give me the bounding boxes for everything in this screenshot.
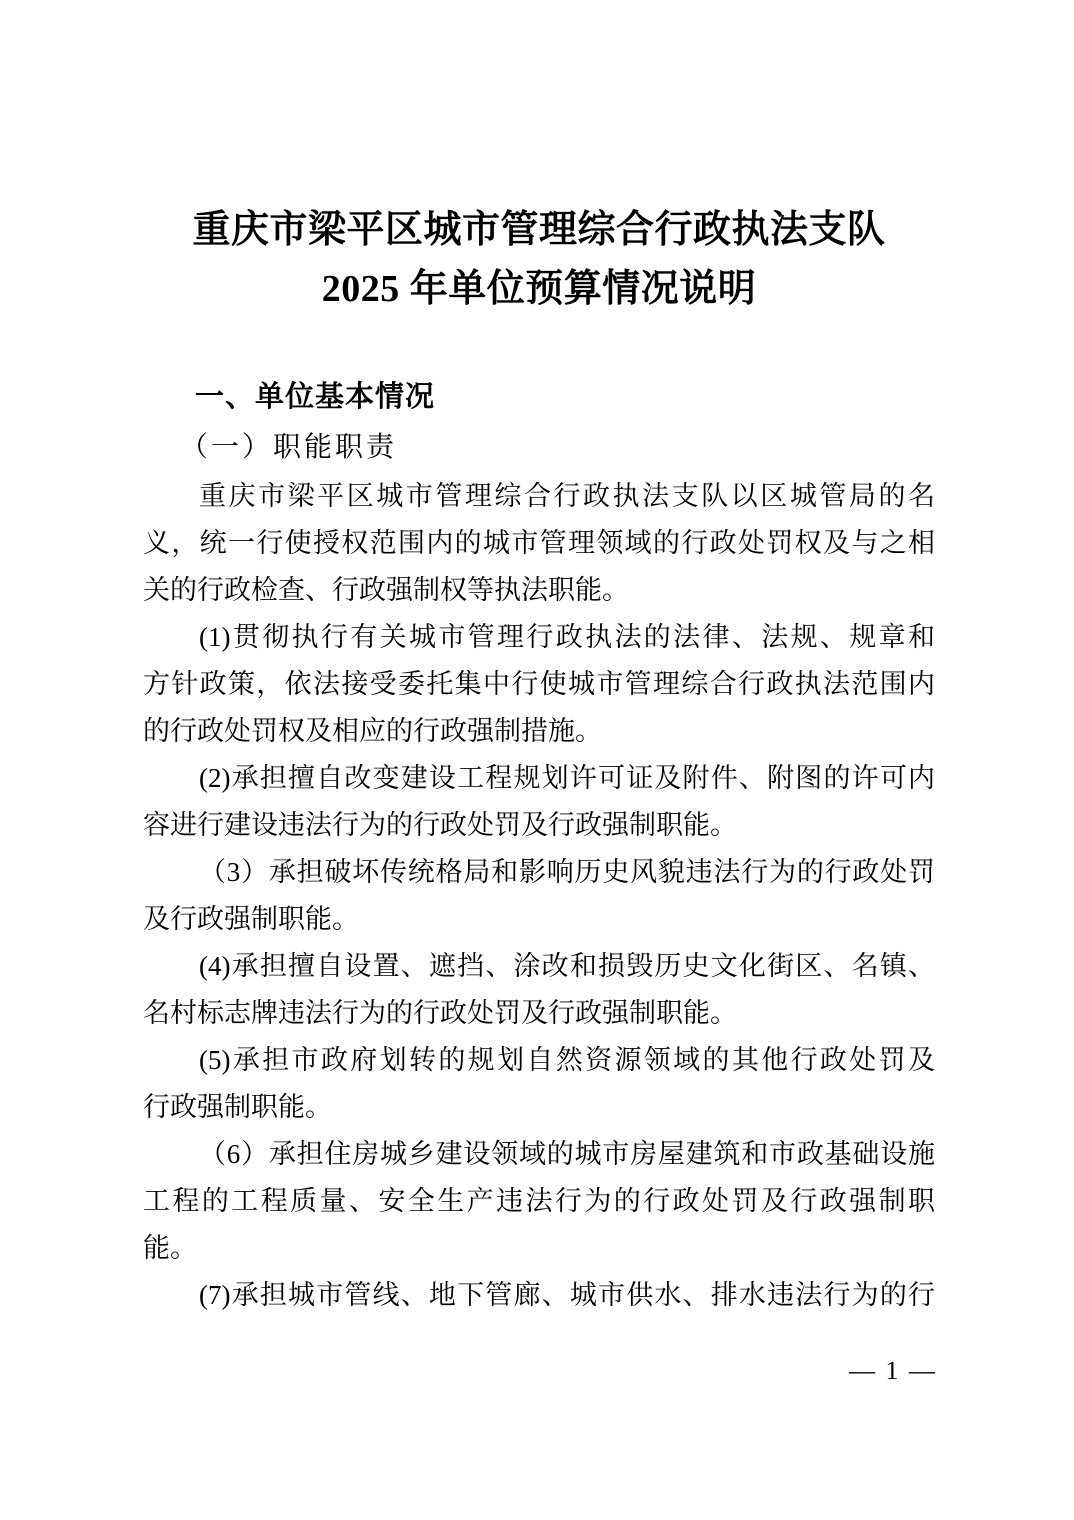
body-line: 义，统一行使授权范围内的城市管理领域的行政处罚权及与之相 xyxy=(143,520,935,567)
body-line: (5)承担市政府划转的规划自然资源领域的其他行政处罚及 xyxy=(143,1037,935,1084)
document-body: 重庆市梁平区城市管理综合行政执法支队以区城管局的名 义，统一行使授权范围内的城市… xyxy=(143,473,935,1319)
body-line: （6）承担住房城乡建设领域的城市房屋建筑和市政基础设施 xyxy=(143,1131,935,1178)
body-line: 关的行政检查、行政强制权等执法职能。 xyxy=(143,567,935,614)
paragraph-item-4: (4)承担擅自设置、遮挡、涂改和损毁历史文化街区、名镇、 名村标志牌违法行为的行… xyxy=(143,943,935,1037)
body-line: 行政强制职能。 xyxy=(143,1084,935,1131)
body-line: 重庆市梁平区城市管理综合行政执法支队以区城管局的名 xyxy=(143,473,935,520)
body-line: 容进行建设违法行为的行政处罚及行政强制职能。 xyxy=(143,802,935,849)
subsection-heading: （一）职能职责 xyxy=(143,432,935,463)
paragraph-item-7: (7)承担城市管线、地下管廊、城市供水、排水违法行为的行 xyxy=(143,1272,935,1319)
paragraph-item-1: (1)贯彻执行有关城市管理行政执法的法律、法规、规章和 方针政策，依法接受委托集… xyxy=(143,614,935,755)
body-line: 的行政处罚权及相应的行政强制措施。 xyxy=(143,708,935,755)
body-line: 方针政策，依法接受委托集中行使城市管理综合行政执法范围内 xyxy=(143,661,935,708)
title-line-1: 重庆市梁平区城市管理综合行政执法支队 xyxy=(143,201,935,260)
document-page: 重庆市梁平区城市管理综合行政执法支队 2025 年单位预算情况说明 一、单位基本… xyxy=(0,0,1074,1520)
paragraph-intro: 重庆市梁平区城市管理综合行政执法支队以区城管局的名 义，统一行使授权范围内的城市… xyxy=(143,473,935,614)
body-line: (1)贯彻执行有关城市管理行政执法的法律、法规、规章和 xyxy=(143,614,935,661)
paragraph-item-5: (5)承担市政府划转的规划自然资源领域的其他行政处罚及 行政强制职能。 xyxy=(143,1037,935,1131)
body-line: （3）承担破坏传统格局和影响历史风貌违法行为的行政处罚 xyxy=(143,849,935,896)
paragraph-item-6: （6）承担住房城乡建设领域的城市房屋建筑和市政基础设施 工程的工程质量、安全生产… xyxy=(143,1131,935,1272)
body-line: 及行政强制职能。 xyxy=(143,896,935,943)
paragraph-item-2: (2)承担擅自改变建设工程规划许可证及附件、附图的许可内 容进行建设违法行为的行… xyxy=(143,755,935,849)
document-content: 重庆市梁平区城市管理综合行政执法支队 2025 年单位预算情况说明 一、单位基本… xyxy=(143,0,935,1319)
body-line: 工程的工程质量、安全生产违法行为的行政处罚及行政强制职 xyxy=(143,1178,935,1225)
page-number: — 1 — xyxy=(849,1356,937,1386)
body-line: (7)承担城市管线、地下管廊、城市供水、排水违法行为的行 xyxy=(143,1272,935,1319)
title-line-2: 2025 年单位预算情况说明 xyxy=(143,260,935,319)
section-heading: 一、单位基本情况 xyxy=(143,382,935,413)
paragraph-item-3: （3）承担破坏传统格局和影响历史风貌违法行为的行政处罚 及行政强制职能。 xyxy=(143,849,935,943)
document-title: 重庆市梁平区城市管理综合行政执法支队 2025 年单位预算情况说明 xyxy=(143,0,935,319)
body-line: (2)承担擅自改变建设工程规划许可证及附件、附图的许可内 xyxy=(143,755,935,802)
body-line: 能。 xyxy=(143,1225,935,1272)
body-line: 名村标志牌违法行为的行政处罚及行政强制职能。 xyxy=(143,990,935,1037)
body-line: (4)承担擅自设置、遮挡、涂改和损毁历史文化街区、名镇、 xyxy=(143,943,935,990)
